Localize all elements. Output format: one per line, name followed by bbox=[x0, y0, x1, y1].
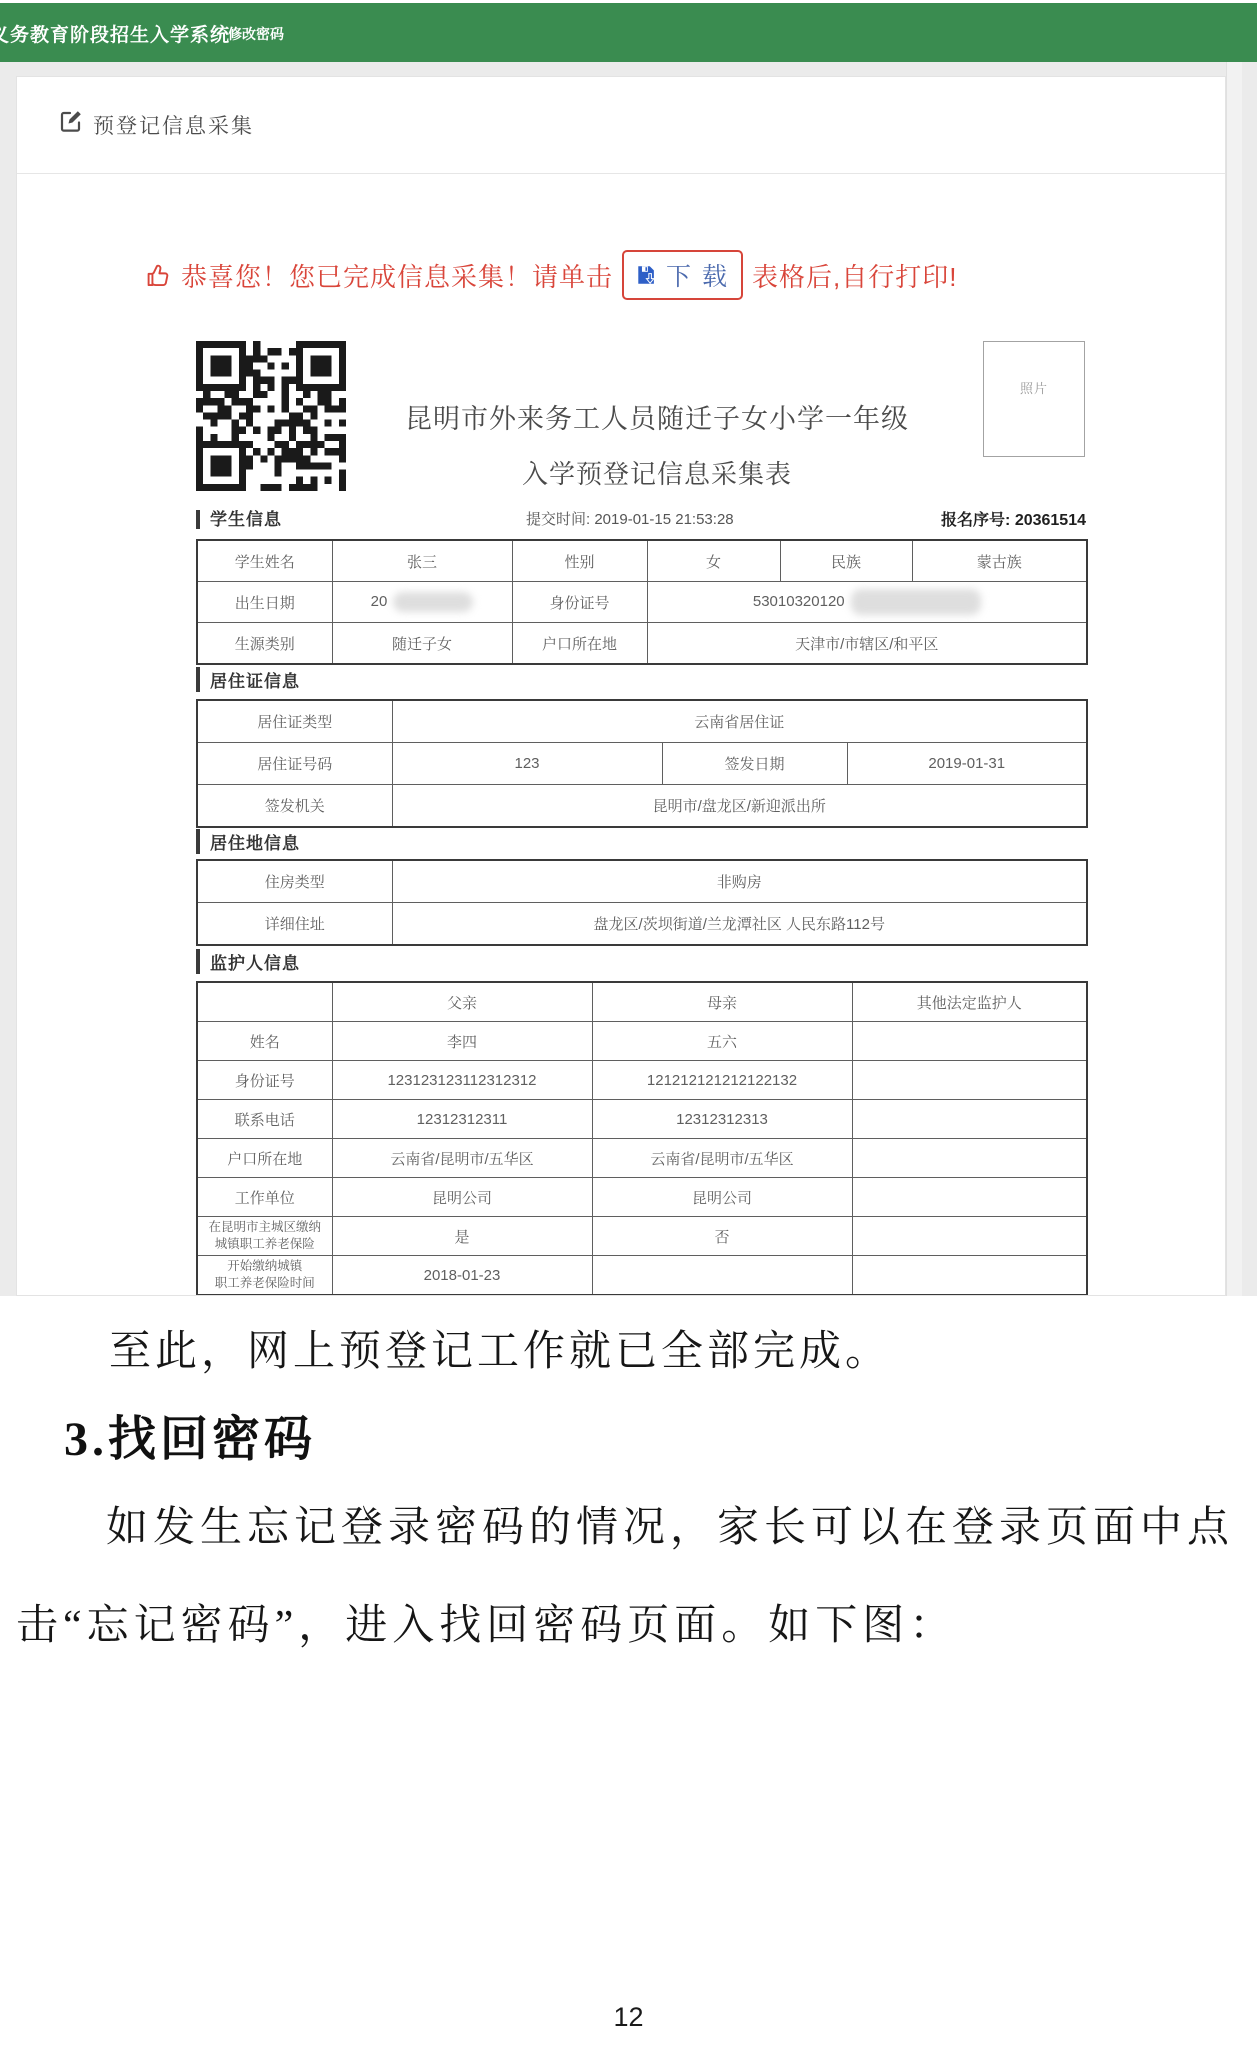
table-cell bbox=[852, 1178, 1087, 1217]
table-row: 户口所在地云南省/昆明市/五华区云南省/昆明市/五华区 bbox=[197, 1139, 1087, 1178]
form-title-line1: 昆明市外来务工人员随迁子女小学一年级 bbox=[327, 397, 987, 436]
table-cell: 户口所在地 bbox=[512, 623, 647, 665]
table-cell: 居住证类型 bbox=[197, 700, 392, 743]
serial-value: 20361514 bbox=[1015, 512, 1086, 529]
doc-paragraph-2-line1: 如发生忘记登录密码的情况，家长可以在登录页面中点 bbox=[106, 1494, 1234, 1554]
table-row: 详细住址盘龙区/茨坝街道/兰龙潭社区 人民东路112号 bbox=[197, 903, 1087, 946]
guardian-info-table: 父亲母亲其他法定监护人姓名李四五六身份证号1231231231123123121… bbox=[196, 981, 1088, 1296]
student-info-table: 学生姓名张三性别女民族蒙古族出生日期20身份证号53010320120生源类别随… bbox=[196, 539, 1088, 665]
table-cell bbox=[852, 1022, 1087, 1061]
redacted-blur bbox=[851, 589, 981, 615]
table-cell: 盘龙区/茨坝街道/兰龙潭社区 人民东路112号 bbox=[392, 903, 1087, 946]
panel-title: 预登记信息采集 bbox=[93, 110, 254, 140]
table-cell: 昆明市/盘龙区/新迎派出所 bbox=[392, 785, 1087, 828]
table-cell: 生源类别 bbox=[197, 623, 332, 665]
table-cell: 居住证号码 bbox=[197, 743, 392, 785]
table-cell: 123 bbox=[392, 743, 662, 785]
table-cell bbox=[852, 1217, 1087, 1256]
message-suffix: 表格后,自行打印! bbox=[752, 257, 957, 294]
residence-permit-table: 居住证类型云南省居住证居住证号码123签发日期2019-01-31签发机关昆明市… bbox=[196, 699, 1088, 828]
table-cell: 云南省/昆明市/五华区 bbox=[592, 1139, 852, 1178]
table-row: 父亲母亲其他法定监护人 bbox=[197, 982, 1087, 1022]
table-cell: 在昆明市主城区缴纳 城镇职工养老保险 bbox=[197, 1217, 332, 1256]
table-cell: 民族 bbox=[780, 540, 912, 582]
qr-code bbox=[196, 341, 346, 491]
table-row: 生源类别随迁子女户口所在地天津市/市辖区/和平区 bbox=[197, 623, 1087, 665]
serial-number: 报名序号: 20361514 bbox=[941, 507, 1086, 530]
table-row: 联系电话1231231231112312312313 bbox=[197, 1100, 1087, 1139]
table-cell: 母亲 bbox=[592, 982, 852, 1022]
table-cell: 五六 bbox=[592, 1022, 852, 1061]
table-cell: 户口所在地 bbox=[197, 1139, 332, 1178]
table-cell bbox=[852, 1100, 1087, 1139]
table-row: 姓名李四五六 bbox=[197, 1022, 1087, 1061]
table-cell: 其他法定监护人 bbox=[852, 982, 1087, 1022]
table-cell: 云南省居住证 bbox=[392, 700, 1087, 743]
download-button[interactable]: 下 载 bbox=[622, 250, 743, 300]
table-cell: 签发机关 bbox=[197, 785, 392, 828]
table-row: 学生姓名张三性别女民族蒙古族 bbox=[197, 540, 1087, 582]
table-cell: 签发日期 bbox=[662, 743, 847, 785]
table-cell: 蒙古族 bbox=[912, 540, 1087, 582]
photo-placeholder: 照片 bbox=[983, 341, 1085, 457]
table-cell: 详细住址 bbox=[197, 903, 392, 946]
redacted-blur bbox=[393, 592, 473, 612]
table-cell: 身份证号 bbox=[197, 1061, 332, 1100]
table-row: 签发机关昆明市/盘龙区/新迎派出所 bbox=[197, 785, 1087, 828]
table-row: 居住证类型云南省居住证 bbox=[197, 700, 1087, 743]
save-icon bbox=[636, 264, 658, 286]
table-cell: 是 bbox=[332, 1217, 592, 1256]
doc-paragraph-1: 至此，网上预登记工作就已全部完成。 bbox=[109, 1318, 891, 1378]
table-cell: 身份证号 bbox=[512, 582, 647, 623]
table-cell bbox=[852, 1061, 1087, 1100]
submit-time: 提交时间: 2019-01-15 21:53:28 bbox=[526, 508, 734, 529]
page-number: 12 bbox=[0, 2002, 1257, 2033]
section-title-student: 学生信息 bbox=[196, 510, 282, 529]
table-cell: 天津市/市辖区/和平区 bbox=[647, 623, 1087, 665]
table-cell: 住房类型 bbox=[197, 860, 392, 903]
table-row: 住房类型非购房 bbox=[197, 860, 1087, 903]
nav-change-password[interactable]: 修改密码 bbox=[228, 24, 284, 44]
download-button-label: 下 载 bbox=[666, 257, 729, 293]
table-cell: 否 bbox=[592, 1217, 852, 1256]
scrollbar[interactable] bbox=[1226, 62, 1242, 1296]
table-cell: 123123123112312312 bbox=[332, 1061, 592, 1100]
doc-paragraph-2-line2: 击“忘记密码”，进入找回密码页面。如下图： bbox=[16, 1592, 956, 1652]
table-cell: 云南省/昆明市/五华区 bbox=[332, 1139, 592, 1178]
table-cell bbox=[197, 982, 332, 1022]
table-cell: 2019-01-31 bbox=[847, 743, 1087, 785]
content-panel: 预登记信息采集 恭喜您！您已完成信息采集！请单击 bbox=[16, 76, 1226, 1296]
doc-heading: 3.找回密码 bbox=[64, 1400, 316, 1469]
table-cell bbox=[852, 1139, 1087, 1178]
table-cell bbox=[592, 1256, 852, 1296]
table-cell: 学生姓名 bbox=[197, 540, 332, 582]
photo-label: 照片 bbox=[1020, 378, 1048, 397]
table-row: 出生日期20身份证号53010320120 bbox=[197, 582, 1087, 623]
table-cell: 性别 bbox=[512, 540, 647, 582]
table-cell: 53010320120 bbox=[647, 582, 1087, 623]
thumbs-up-icon bbox=[145, 262, 172, 289]
document-page: 义务教育阶段招生入学系统 修改密码 预登记信息采集 bbox=[0, 0, 1257, 2048]
table-cell: 工作单位 bbox=[197, 1178, 332, 1217]
table-row: 在昆明市主城区缴纳 城镇职工养老保险是否 bbox=[197, 1217, 1087, 1256]
congrats-message: 恭喜您！您已完成信息采集！请单击 下 载 表格后,自行打印! bbox=[145, 249, 957, 301]
table-cell: 昆明公司 bbox=[592, 1178, 852, 1217]
edit-icon bbox=[59, 109, 83, 133]
table-cell: 开始缴纳城镇 职工养老保险时间 bbox=[197, 1256, 332, 1296]
serial-label: 报名序号: bbox=[941, 512, 1010, 529]
table-cell: 昆明公司 bbox=[332, 1178, 592, 1217]
table-cell bbox=[852, 1256, 1087, 1296]
section-title-residence: 居住地信息 bbox=[196, 829, 300, 854]
form-title-line2: 入学预登记信息采集表 bbox=[327, 454, 987, 491]
form-meta-row: 学生信息 提交时间: 2019-01-15 21:53:28 报名序号: 203… bbox=[196, 505, 1086, 535]
table-cell: 出生日期 bbox=[197, 582, 332, 623]
table-cell: 父亲 bbox=[332, 982, 592, 1022]
table-cell: 12312312311 bbox=[332, 1100, 592, 1139]
app-title: 义务教育阶段招生入学系统 bbox=[0, 20, 230, 47]
navbar: 义务教育阶段招生入学系统 修改密码 bbox=[0, 3, 1257, 65]
table-row: 工作单位昆明公司昆明公司 bbox=[197, 1178, 1087, 1217]
residence-table: 住房类型非购房详细住址盘龙区/茨坝街道/兰龙潭社区 人民东路112号 bbox=[196, 859, 1088, 946]
table-cell: 12312312313 bbox=[592, 1100, 852, 1139]
table-cell: 2018-01-23 bbox=[332, 1256, 592, 1296]
table-cell: 张三 bbox=[332, 540, 512, 582]
submit-time-label: 提交时间: bbox=[526, 511, 590, 528]
panel-header: 预登记信息采集 bbox=[17, 77, 1225, 174]
section-title-guardian: 监护人信息 bbox=[196, 949, 300, 974]
table-cell: 随迁子女 bbox=[332, 623, 512, 665]
message-prefix: 恭喜您！您已完成信息采集！请单击 bbox=[181, 257, 613, 294]
table-row: 居住证号码123签发日期2019-01-31 bbox=[197, 743, 1087, 785]
table-cell: 20 bbox=[332, 582, 512, 623]
table-cell: 非购房 bbox=[392, 860, 1087, 903]
table-cell: 姓名 bbox=[197, 1022, 332, 1061]
table-cell: 李四 bbox=[332, 1022, 592, 1061]
section-title-residence-permit: 居住证信息 bbox=[196, 667, 300, 692]
table-row: 身份证号123123123112312312121212121212122132 bbox=[197, 1061, 1087, 1100]
table-row: 开始缴纳城镇 职工养老保险时间2018-01-23 bbox=[197, 1256, 1087, 1296]
table-cell: 女 bbox=[647, 540, 780, 582]
submit-time-value: 2019-01-15 21:53:28 bbox=[594, 511, 733, 528]
table-cell: 联系电话 bbox=[197, 1100, 332, 1139]
table-cell: 121212121212122132 bbox=[592, 1061, 852, 1100]
